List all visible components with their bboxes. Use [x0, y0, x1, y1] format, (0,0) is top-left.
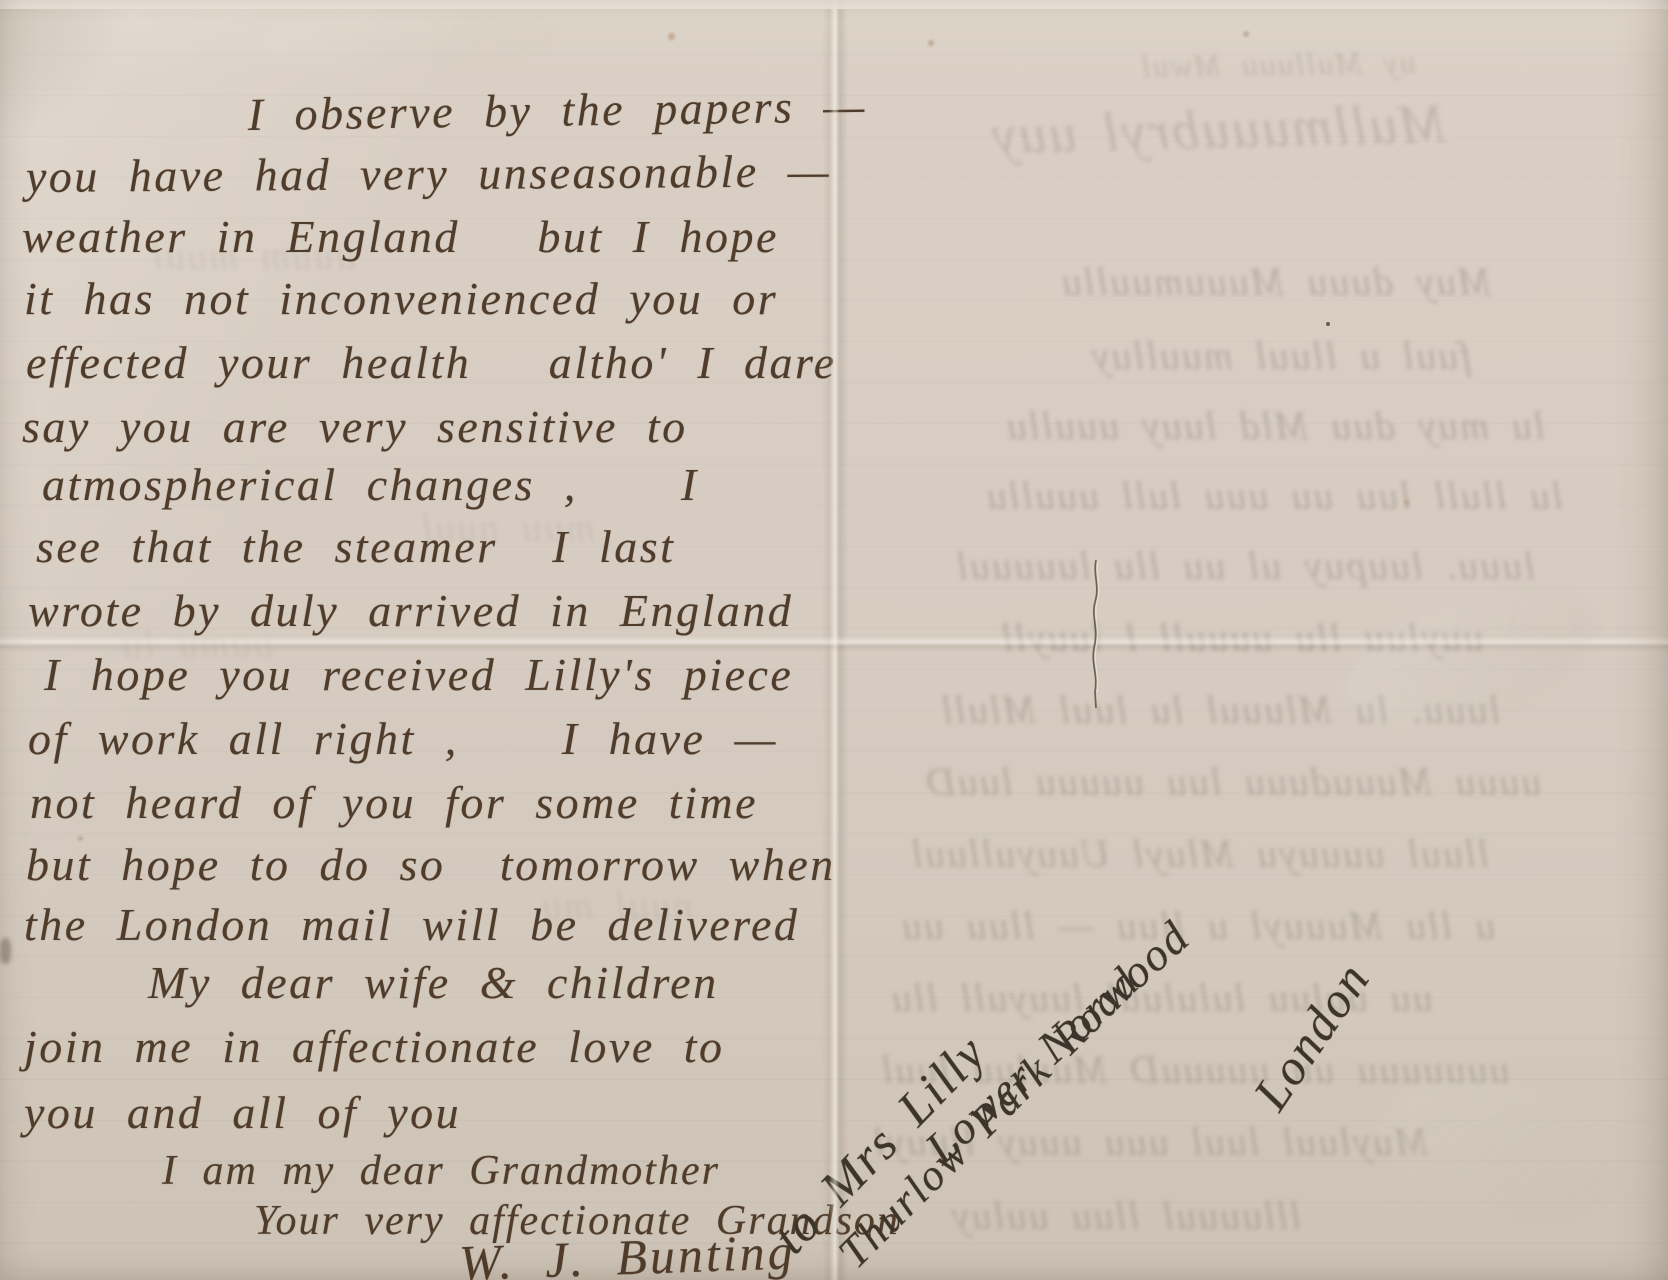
- letter-scan: uuum muul muu nuul uumu lu nuul mu uy Mu…: [0, 0, 1668, 1280]
- edge-vignette: [0, 0, 1668, 1280]
